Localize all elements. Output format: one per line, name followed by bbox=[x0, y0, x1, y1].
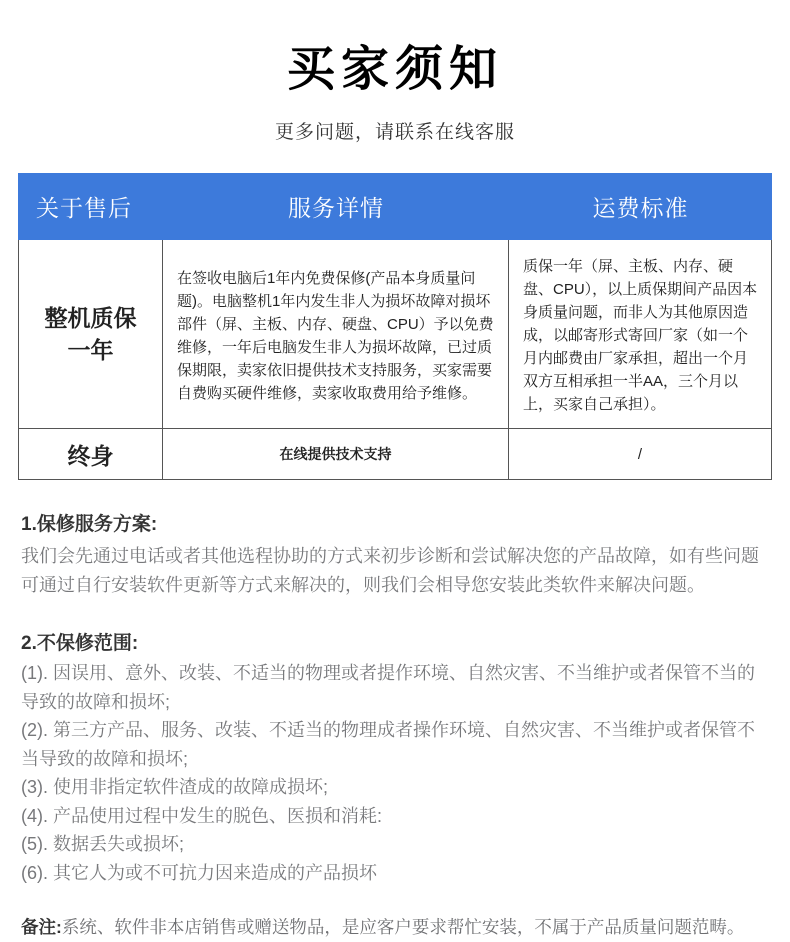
exclusion-item: (1). 因误用、意外、改装、不适当的物理或者提作环境、自然灾害、不当维护或者保… bbox=[21, 659, 769, 716]
header-cell-shipping-standard: 运费标准 bbox=[509, 173, 772, 240]
table-header-row: 关于售后 服务详情 运费标准 bbox=[18, 173, 772, 240]
warranty-shipping-cell: 质保一年（屏、主板、内存、硬盘、CPU），以上质保期间产品因本身质量问题，而非人… bbox=[509, 240, 771, 428]
warranty-scope-text: 整机质保 一年 bbox=[45, 302, 137, 366]
remark-line: 备注:系统、软件非本店销售或赠送物品，是应客户要求帮忙安装，不属于产品质量问题范… bbox=[18, 914, 772, 940]
page-subtitle: 更多问题，请联系在线客服 bbox=[18, 117, 772, 144]
warranty-detail-text: 在签收电脑后1年内免费保修(产品本身质量问题)。电脑整机1年内发生非人为损坏故障… bbox=[177, 267, 496, 405]
header-cell-service-detail: 服务详情 bbox=[163, 173, 509, 240]
lifetime-shipping-cell: / bbox=[509, 429, 771, 479]
exclusions-list: (1). 因误用、意外、改装、不适当的物理或者提作环境、自然灾害、不当维护或者保… bbox=[21, 659, 769, 887]
exclusion-item: (5). 数据丢失或损坏; bbox=[21, 830, 769, 859]
warranty-scope-cell: 整机质保 一年 bbox=[19, 240, 163, 428]
lifetime-scope-cell: 终身 bbox=[19, 429, 163, 479]
after-sales-table: 关于售后 服务详情 运费标准 整机质保 一年 在签收电脑后1年内免费保修(产品本… bbox=[18, 173, 772, 480]
exclusion-item: (3). 使用非指定软件渣成的故障成损坏; bbox=[21, 773, 769, 802]
exclusion-item: (6). 其它人为或不可抗力因来造成的产品损坏 bbox=[21, 859, 769, 888]
exclusion-item: (2). 第三方产品、服务、改装、不适当的物理成者操作环境、自然灾害、不当维护或… bbox=[21, 716, 769, 773]
section-exclusions: 2.不保修范围: (1). 因误用、意外、改装、不适当的物理或者提作环境、自然灾… bbox=[21, 628, 769, 887]
section-warranty-plan: 1.保修服务方案: 我们会先通过电话或者其他选程协助的方式来初步诊断和尝试解决您… bbox=[21, 509, 769, 599]
lifetime-support-cell: 在线提供技术支持 bbox=[163, 429, 509, 479]
exclusion-item: (4). 产品使用过程中发生的脱色、医损和消耗: bbox=[21, 802, 769, 831]
exclusions-heading: 2.不保修范围: bbox=[21, 628, 769, 655]
buyer-notice-page: 买家须知 更多问题，请联系在线客服 关于售后 服务详情 运费标准 整机质保 一年… bbox=[0, 0, 790, 942]
table-body: 整机质保 一年 在签收电脑后1年内免费保修(产品本身质量问题)。电脑整机1年内发… bbox=[18, 240, 772, 480]
table-row-warranty: 整机质保 一年 在签收电脑后1年内免费保修(产品本身质量问题)。电脑整机1年内发… bbox=[19, 240, 771, 429]
lifetime-scope-text: 终身 bbox=[68, 438, 114, 471]
warranty-plan-body: 我们会先通过电话或者其他选程协助的方式来初步诊断和尝试解决您的产品故障，如有些问… bbox=[21, 542, 769, 599]
table-row-lifetime: 终身 在线提供技术支持 / bbox=[19, 429, 771, 479]
remark-text: 系统、软件非本店销售或赠送物品，是应客户要求帮忙安装，不属于产品质量问题范畴。 bbox=[62, 917, 745, 937]
page-title: 买家须知 bbox=[18, 0, 772, 99]
warranty-plan-heading: 1.保修服务方案: bbox=[21, 509, 769, 536]
policy-sections: 1.保修服务方案: 我们会先通过电话或者其他选程协助的方式来初步诊断和尝试解决您… bbox=[18, 509, 772, 887]
remark-label: 备注: bbox=[21, 917, 62, 937]
lifetime-shipping-text: / bbox=[638, 446, 642, 463]
warranty-detail-cell: 在签收电脑后1年内免费保修(产品本身质量问题)。电脑整机1年内发生非人为损坏故障… bbox=[163, 240, 509, 428]
warranty-shipping-text: 质保一年（屏、主板、内存、硬盘、CPU），以上质保期间产品因本身质量问题，而非人… bbox=[523, 255, 759, 416]
header-cell-about-aftersales: 关于售后 bbox=[18, 173, 163, 240]
lifetime-support-text: 在线提供技术支持 bbox=[280, 444, 392, 464]
